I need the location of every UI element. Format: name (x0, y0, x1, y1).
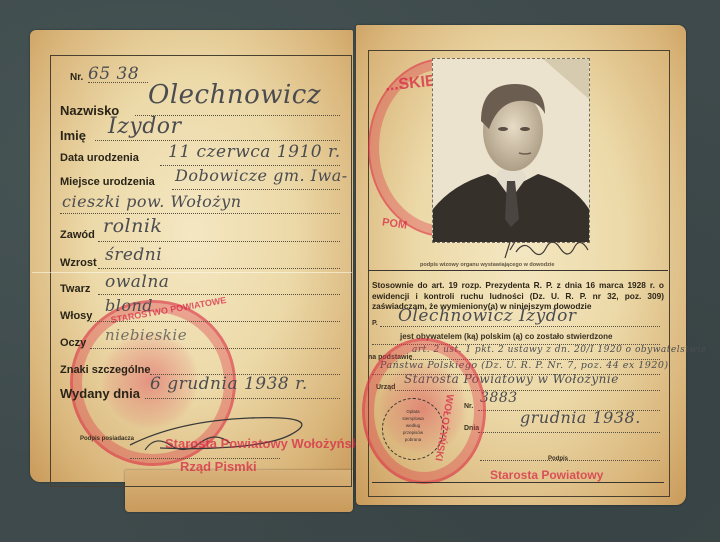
signature-caption-right: Podpis (548, 456, 568, 462)
holder-name-dotline (380, 326, 660, 327)
date-dotline (478, 432, 660, 433)
holder-name: Olechnowicz Izydor (398, 306, 576, 326)
field-value-face: owalna (105, 272, 169, 292)
field-value-birth-place-cont: cieszki pow. Wołożyn (62, 192, 242, 211)
divider (368, 270, 668, 271)
fee-stamp-text: Opłata stemplowa według przepisów pobran… (388, 408, 438, 443)
field-value-issued: 6 grudnia 1938 r. (150, 374, 308, 394)
eyes-dotline (90, 348, 340, 349)
field-label-face: Twarz (60, 283, 90, 295)
field-value-birth-date: 11 czerwca 1910 r. (168, 142, 341, 162)
field-label-marks: Znaki szczególne (60, 364, 150, 376)
official-signature-dotline (480, 460, 660, 461)
field-value-first-name: Izydor (108, 114, 182, 139)
holder-name-prefix: P. (372, 320, 378, 327)
bottom-rule (372, 482, 664, 483)
field-value-height: średni (105, 245, 162, 265)
holder-photo (432, 58, 590, 243)
hair-dotline (90, 321, 340, 322)
official-signature-photo (500, 238, 590, 262)
birth-place-dotline (172, 189, 340, 190)
field-label-hair: Włosy (60, 310, 92, 322)
field-value-birth-place: Dobowicze gm. Iwa- (175, 166, 348, 185)
fold-line (32, 272, 352, 273)
field-label-eyes: Oczy (60, 337, 86, 349)
height-dotline (98, 268, 340, 269)
holder-signature (120, 410, 320, 460)
field-label-birth-place: Miejsce urodzenia (60, 176, 155, 188)
date-value: grudnia 1938. (520, 408, 641, 427)
field-label-first-name: Imię (60, 128, 86, 143)
portrait-image (433, 59, 589, 242)
number-label: Nr. (70, 72, 83, 83)
field-value-surname: Olechnowicz (148, 80, 321, 110)
official-stamp-right: Starosta Powiatowy (490, 468, 603, 482)
field-label-occupation: Zawód (60, 229, 95, 241)
birth-place-cont-dotline (60, 213, 340, 214)
official-stamp-left-line1: Starosta Powiatowy Wołożyński (165, 436, 363, 451)
field-value-occupation: rolnik (103, 215, 162, 237)
field-value-eyes: niebieskie (105, 326, 187, 344)
photo-caption: podpis wizowy organu wystawiającego w do… (420, 262, 554, 268)
official-stamp-left-line2: Rząd Pismki (180, 459, 257, 474)
number-dotline (88, 82, 148, 83)
field-label-height: Wzrost (60, 257, 97, 269)
first-name-dotline (95, 140, 340, 141)
field-label-issued: Wydany dnia (60, 386, 140, 401)
issued-dotline (145, 398, 340, 399)
field-label-birth-date: Data urodzenia (60, 152, 139, 164)
number-value: 65 38 (88, 64, 139, 84)
field-value-hair: blond (105, 296, 153, 315)
occupation-dotline (98, 241, 340, 242)
